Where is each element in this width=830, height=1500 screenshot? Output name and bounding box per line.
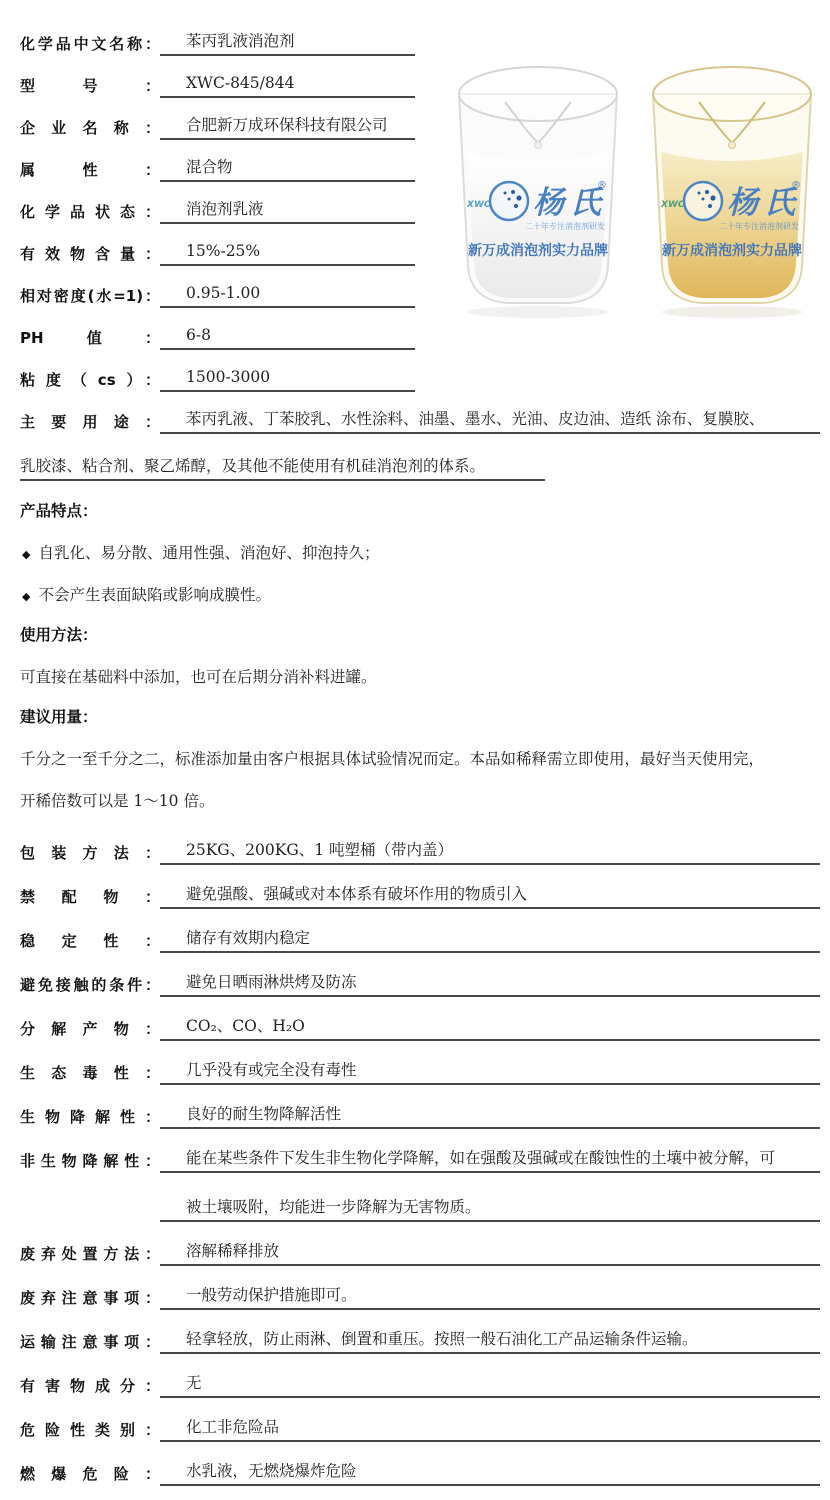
field-value: 几乎没有或完全没有毒性	[160, 1061, 820, 1085]
field-row-hazard-class: 危险性类别： 化工非危险品	[20, 1398, 820, 1442]
field-label: 属性：	[20, 161, 160, 182]
bullet-text: 不会产生表面缺陷或影响成膜性。	[38, 583, 271, 605]
bullet-text: 自乳化、易分散、通用性强、消泡好、抑泡持久；	[38, 541, 379, 563]
field-value: 混合物	[160, 158, 415, 182]
field-row-disposal: 废弃处置方法： 溶解稀释排放	[20, 1222, 820, 1266]
field-label: 运输注意事项：	[20, 1333, 160, 1354]
field-value: 良好的耐生物降解活性	[160, 1105, 820, 1129]
beaker-right-rim	[653, 67, 811, 121]
section-heading-features: 产品特点：	[20, 481, 820, 521]
field-value: 避免强酸、强碱或对本体系有破坏作用的物质引入	[160, 885, 820, 909]
field-value: 无	[160, 1374, 820, 1398]
field-value: 化工非危险品	[160, 1418, 820, 1442]
field-row-viscosity: 粘度（cs）： 1500-3000	[20, 350, 415, 392]
beaker-left-shadow	[468, 306, 608, 318]
beaker-right-spout-drop	[729, 142, 736, 149]
brand-reg-mark: ®	[791, 180, 801, 191]
beaker-right: XWC 杨氏 ® 二十年专注消泡剂研发 新万成消泡剂实力品牌	[653, 67, 811, 318]
field-value-continuation: 乳胶漆、粘合剂、聚乙烯醇，及其他不能使用有机硅消泡剂的体系。	[20, 434, 545, 481]
field-value: 储存有效期内稳定	[160, 929, 820, 953]
field-value: 6-8	[160, 326, 415, 350]
field-label: 废弃处置方法：	[20, 1245, 160, 1266]
brand-xwc-text: XWC	[660, 200, 685, 210]
field-row-chinese-name: 化学品中文名称： 苯丙乳液消泡剂	[20, 14, 415, 56]
section-heading-dosage: 建议用量：	[20, 687, 820, 727]
field-row-hazardous-components: 有害物成分： 无	[20, 1354, 820, 1398]
field-value: 15%-25%	[160, 242, 415, 266]
field-value: 消泡剂乳液	[160, 200, 415, 224]
field-label: 企业名称：	[20, 119, 160, 140]
field-row-abiotic-degradability: 非生物降解性： 能在某些条件下发生非生物化学降解，如在强酸及强碱或在酸蚀性的土壤…	[20, 1129, 820, 1173]
field-value-continuation: 被土壤吸附，均能进一步降解为无害物质。	[160, 1173, 820, 1222]
brand-name: 杨氏	[727, 185, 801, 221]
brand-slogan: 新万成消泡剂实力品牌	[468, 242, 608, 259]
field-row-ecotoxicity: 生态毒性： 几乎没有或完全没有毒性	[20, 1041, 820, 1085]
field-row-decomposition: 分解产物： CO₂、CO、H₂O	[20, 997, 820, 1041]
beaker-left: XWC 杨氏 ® 二十年专注消泡剂研发 新万成消泡剂实力品牌	[459, 67, 617, 318]
field-row-property: 属性： 混合物	[20, 140, 415, 182]
field-label: 有效物含量：	[20, 245, 160, 266]
field-value: XWC-845/844	[160, 74, 415, 98]
field-row-main-use: 主要用途： 苯丙乳液、丁苯胶乳、水性涂料、油墨、墨水、光油、皮边油、造纸 涂布、…	[20, 392, 820, 434]
field-value: 合肥新万成环保科技有限公司	[160, 116, 415, 140]
field-label: 危险性类别：	[20, 1421, 160, 1442]
field-row-disposal-precautions: 废弃注意事项： 一般劳动保护措施即可。	[20, 1266, 820, 1310]
field-row-density: 相对密度(水=1)： 0.95-1.00	[20, 266, 415, 308]
field-row-company: 企业名称： 合肥新万成环保科技有限公司	[20, 98, 415, 140]
field-label: 生态毒性：	[20, 1064, 160, 1085]
field-value: 水乳液，无燃烧爆炸危险	[160, 1462, 820, 1486]
diamond-bullet-icon: ◆	[22, 590, 30, 603]
field-label: 禁配物：	[20, 888, 160, 909]
brand-tagline: 二十年专注消泡剂研发	[525, 221, 605, 231]
document-page: { "top_fields": [ {"label":"化学品中文名称：","v…	[0, 0, 830, 1500]
field-value: 1500-3000	[160, 368, 415, 392]
brand-name: 杨氏	[533, 185, 607, 221]
field-row-avoid-conditions: 避免接触的条件： 避免日晒雨淋烘烤及防冻	[20, 953, 820, 997]
field-row-active-content: 有效物含量： 15%-25%	[20, 224, 415, 266]
field-value: 25KG、200KG、1 吨塑桶（带内盖）	[160, 841, 820, 865]
field-label: 化学品中文名称：	[20, 35, 160, 56]
bullet-item: ◆ 不会产生表面缺陷或影响成膜性。	[20, 563, 820, 605]
field-label: 避免接触的条件：	[20, 976, 160, 997]
field-label: 废弃注意事项：	[20, 1289, 160, 1310]
beakers-illustration: XWC 杨氏 ® 二十年专注消泡剂研发 新万成消泡剂实力品牌 XWC	[450, 50, 828, 325]
field-label: 有害物成分：	[20, 1377, 160, 1398]
beaker-right-shadow	[662, 306, 802, 318]
field-label: 生物降解性：	[20, 1108, 160, 1129]
field-value: 苯丙乳液、丁苯胶乳、水性涂料、油墨、墨水、光油、皮边油、造纸 涂布、复膜胶、	[160, 410, 820, 434]
field-value: 一般劳动保护措施即可。	[160, 1286, 820, 1310]
field-label: 稳定性：	[20, 932, 160, 953]
paragraph-dosage-line2: 开稀倍数可以是 1～10 倍。	[20, 769, 820, 811]
field-label: PH值：	[20, 329, 160, 350]
beaker-left-spout-drop	[535, 142, 542, 149]
field-row-model: 型号： XWC-845/844	[20, 56, 415, 98]
field-label: 相对密度(水=1)：	[20, 287, 160, 308]
field-value: 轻拿轻放，防止雨淋、倒置和重压。按照一般石油化工产品运输条件运输。	[160, 1330, 820, 1354]
brand-tagline: 二十年专注消泡剂研发	[719, 221, 799, 231]
brand-xwc-text: XWC	[466, 200, 491, 210]
field-value: 能在某些条件下发生非生物化学降解，如在强酸及强碱或在酸蚀性的土壤中被分解，可	[160, 1149, 820, 1173]
field-label: 分解产物：	[20, 1020, 160, 1041]
field-row-state: 化学品状态： 消泡剂乳液	[20, 182, 415, 224]
field-row-ph: PH值： 6-8	[20, 308, 415, 350]
brand-moon-icon	[684, 182, 722, 220]
field-value: 溶解稀释排放	[160, 1242, 820, 1266]
field-label: 非生物降解性：	[20, 1152, 160, 1173]
field-label: 粘度（cs）：	[20, 371, 160, 392]
field-value: CO₂、CO、H₂O	[160, 1017, 820, 1041]
diamond-bullet-icon: ◆	[22, 548, 30, 561]
brand-reg-mark: ®	[597, 180, 607, 191]
field-value: 0.95-1.00	[160, 284, 415, 308]
field-row-explosion-hazard: 燃爆危险： 水乳液，无燃烧爆炸危险	[20, 1442, 820, 1486]
field-label: 化学品状态：	[20, 203, 160, 224]
field-label: 型号：	[20, 77, 160, 98]
field-value: 苯丙乳液消泡剂	[160, 32, 415, 56]
field-row-incompatibles: 禁配物： 避免强酸、强碱或对本体系有破坏作用的物质引入	[20, 865, 820, 909]
field-row-packing: 包装方法： 25KG、200KG、1 吨塑桶（带内盖）	[20, 821, 820, 865]
paragraph-usage-body: 可直接在基础料中添加，也可在后期分消补料进罐。	[20, 645, 820, 687]
field-row-stability: 稳定性： 储存有效期内稳定	[20, 909, 820, 953]
beaker-left-rim	[459, 67, 617, 121]
paragraph-dosage-line1: 千分之一至千分之二，标准添加量由客户根据具体试验情况而定。本品如稀释需立即使用，…	[20, 727, 820, 769]
field-value: 避免日晒雨淋烘烤及防冻	[160, 973, 820, 997]
bullet-item: ◆ 自乳化、易分散、通用性强、消泡好、抑泡持久；	[20, 521, 820, 563]
field-label: 主要用途：	[20, 413, 160, 434]
field-row-transport-precautions: 运输注意事项： 轻拿轻放，防止雨淋、倒置和重压。按照一般石油化工产品运输条件运输…	[20, 1310, 820, 1354]
field-label: 燃爆危险：	[20, 1465, 160, 1486]
field-label: 包装方法：	[20, 844, 160, 865]
product-photo: XWC 杨氏 ® 二十年专注消泡剂研发 新万成消泡剂实力品牌 XWC	[450, 50, 828, 325]
brand-moon-icon	[490, 182, 528, 220]
brand-slogan: 新万成消泡剂实力品牌	[662, 242, 802, 259]
section-heading-usage: 使用方法：	[20, 605, 820, 645]
field-row-biodegradability: 生物降解性： 良好的耐生物降解活性	[20, 1085, 820, 1129]
